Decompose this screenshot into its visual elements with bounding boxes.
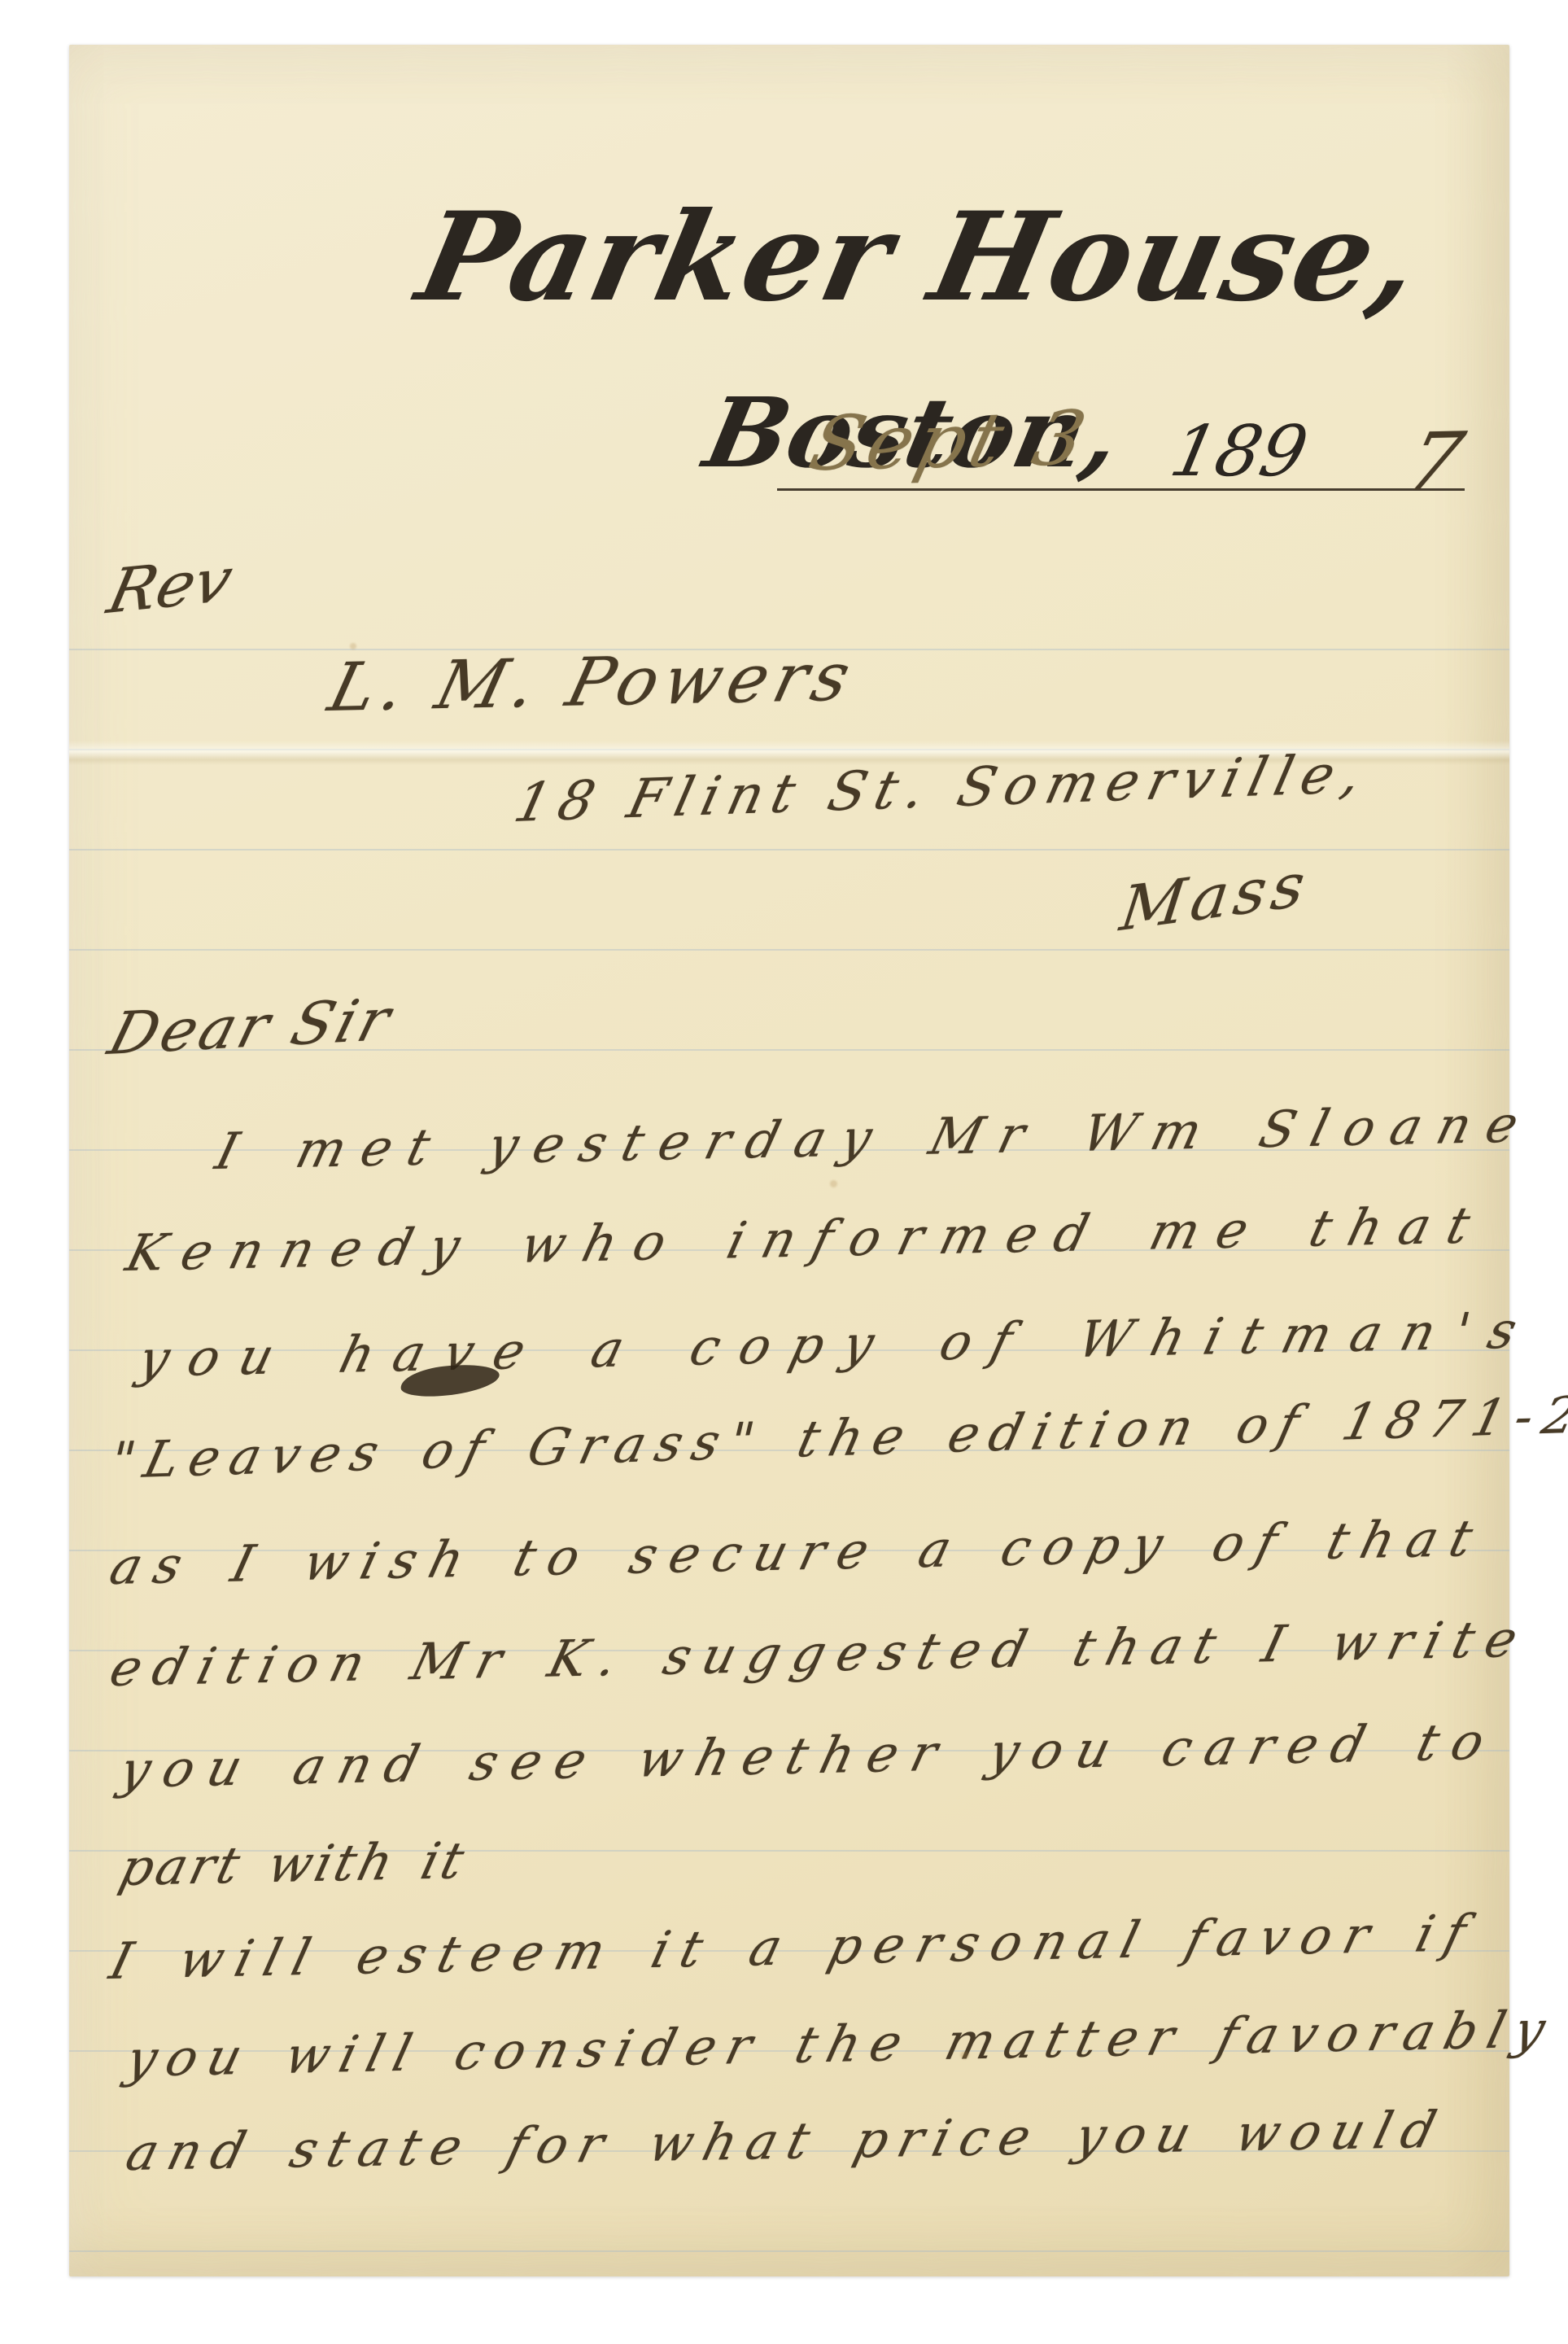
foxing-spot [960, 2051, 969, 2059]
printed-year-prefix: 189 [1164, 411, 1314, 492]
letterhead-hotel-name: Parker House, [407, 186, 1434, 329]
handwritten-date: Sept 3 [801, 395, 1098, 488]
foxing-spot [350, 643, 356, 649]
ruled-line [69, 949, 1509, 951]
body-line: part with it [114, 1830, 473, 1897]
recipient-name: L. M. Powers [321, 639, 864, 727]
recipient-title: Rev [102, 543, 239, 628]
ruled-line [69, 2250, 1509, 2252]
photo-background: Parker House, Boston, Sept 3 189 7 Rev L… [0, 0, 1568, 2344]
date-underline [777, 488, 1465, 491]
foxing-spot [830, 1180, 837, 1187]
